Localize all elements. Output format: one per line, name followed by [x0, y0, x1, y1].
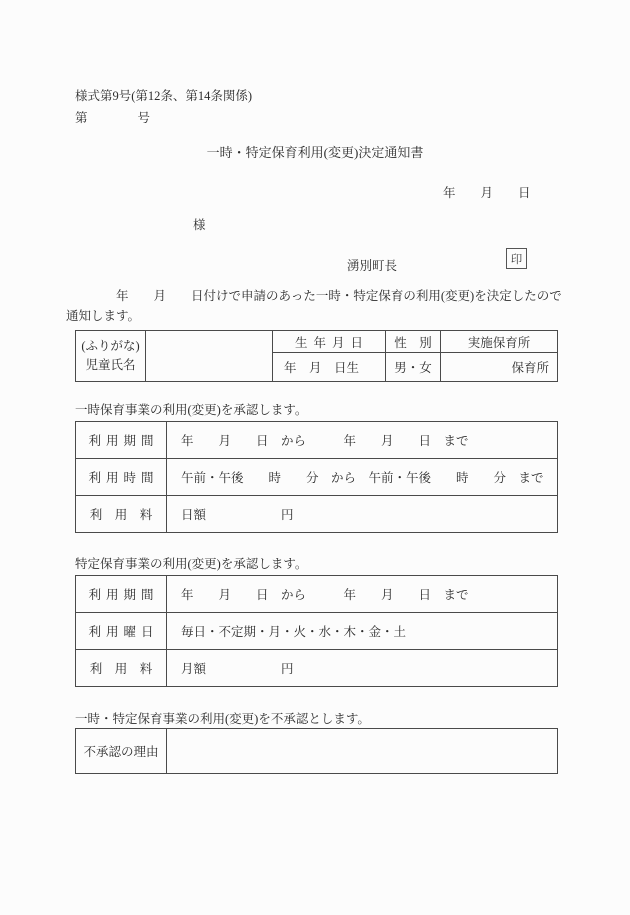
fushonin-section-heading: 一時・特定保育事業の利用(変更)を不承認とします。 [75, 709, 370, 727]
nursery-header: 実施保育所 [441, 331, 558, 353]
ichiji-time-field: 午前・午後 時 分 から 午前・午後 時 分 まで [167, 459, 558, 496]
seal-stamp-icon: 印 [506, 248, 527, 269]
document-page: 様式第9号(第12条、第14条関係) 第 号 一時・特定保育利用(変更)決定通知… [0, 0, 630, 915]
body-paragraph: 年 月 日付けで申請のあった一時・特定保育の利用(変更)を決定したので 通知しま… [66, 287, 562, 326]
tokutei-fee-label: 利 用 料 [76, 650, 167, 687]
child-name-label-cell: (ふりがな) 児童氏名 [76, 331, 146, 382]
furigana-label: (ふりがな) [76, 337, 145, 356]
sex-header: 性 別 [386, 331, 441, 353]
child-info-table: (ふりがな) 児童氏名 生年月日 性 別 実施保育所 年 月 日生 男・女 保育… [75, 330, 558, 382]
tokutei-fee-field: 月額 円 [167, 650, 558, 687]
issue-date: 年 月 日 [443, 183, 531, 201]
tokutei-table: 利用期間 年 月 日 から 年 月 日 まで 利用曜日 毎日・不定期・月・火・水… [75, 575, 558, 687]
body-line-2: 通知します。 [66, 307, 562, 327]
fushonin-table: 不承認の理由 [75, 728, 558, 774]
ichiji-table: 利用期間 年 月 日 から 年 月 日 まで 利用時間 午前・午後 時 分 から… [75, 421, 558, 533]
fushonin-reason-label: 不承認の理由 [76, 729, 167, 774]
tokutei-days-label: 利用曜日 [76, 613, 167, 650]
page-title: 一時・特定保育利用(変更)決定通知書 [207, 142, 424, 161]
child-name-field [146, 331, 273, 382]
ichiji-period-label: 利用期間 [76, 422, 167, 459]
sex-field: 男・女 [386, 353, 441, 382]
tokutei-section-heading: 特定保育事業の利用(変更)を承認します。 [75, 554, 307, 572]
nursery-field: 保育所 [441, 353, 558, 382]
birth-date-header: 生年月日 [273, 331, 386, 353]
tokutei-days-field: 毎日・不定期・月・火・水・木・金・土 [167, 613, 558, 650]
body-line-1: 年 月 日付けで申請のあった一時・特定保育の利用(変更)を決定したので [66, 287, 562, 307]
addressee-suffix: 様 [193, 215, 206, 233]
doc-number: 第 号 [75, 108, 150, 126]
seal-char: 印 [511, 251, 523, 267]
ichiji-fee-field: 日額 円 [167, 496, 558, 533]
ichiji-period-field: 年 月 日 から 年 月 日 まで [167, 422, 558, 459]
form-number-note: 様式第9号(第12条、第14条関係) [75, 86, 252, 104]
fushonin-reason-field [167, 729, 558, 774]
ichiji-fee-label: 利 用 料 [76, 496, 167, 533]
child-name-label: 児童氏名 [76, 356, 145, 375]
ichiji-section-heading: 一時保育事業の利用(変更)を承認します。 [75, 400, 307, 418]
sender-title: 湧別町長 [347, 256, 397, 274]
ichiji-time-label: 利用時間 [76, 459, 167, 496]
birth-date-field: 年 月 日生 [273, 353, 386, 382]
tokutei-period-label: 利用期間 [76, 576, 167, 613]
tokutei-period-field: 年 月 日 から 年 月 日 まで [167, 576, 558, 613]
